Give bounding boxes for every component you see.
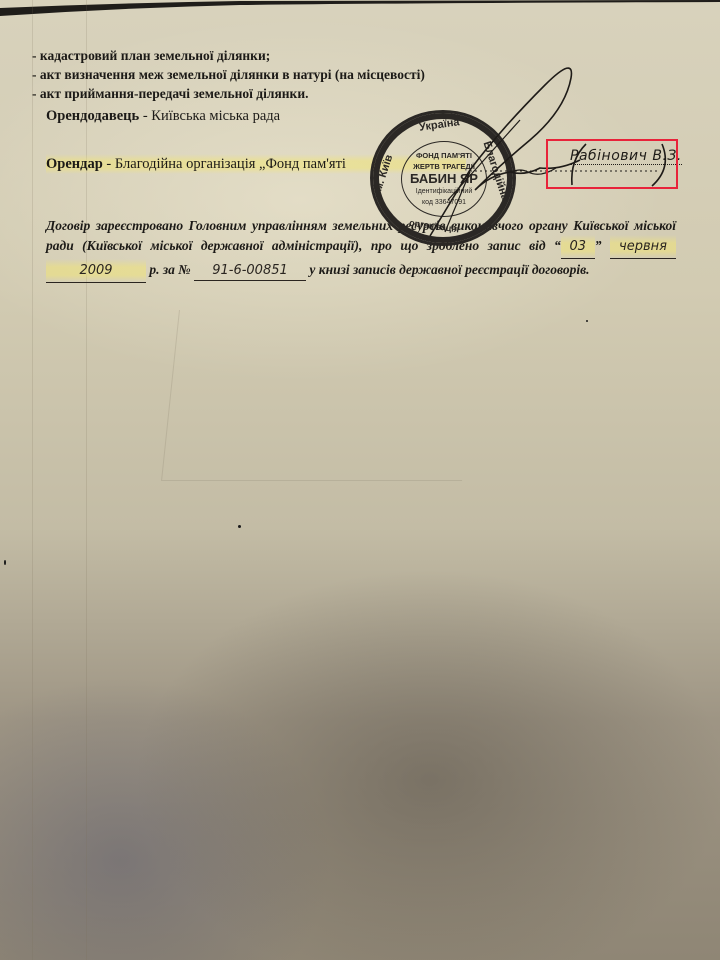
paper-speck [238,525,241,528]
paper-speck [4,560,6,565]
red-annotation-box [546,139,678,189]
document-page: - кадастровий план земельної ділянки; - … [0,0,720,960]
faint-bleedthrough-plan [161,310,480,481]
paper-speck [586,320,588,322]
